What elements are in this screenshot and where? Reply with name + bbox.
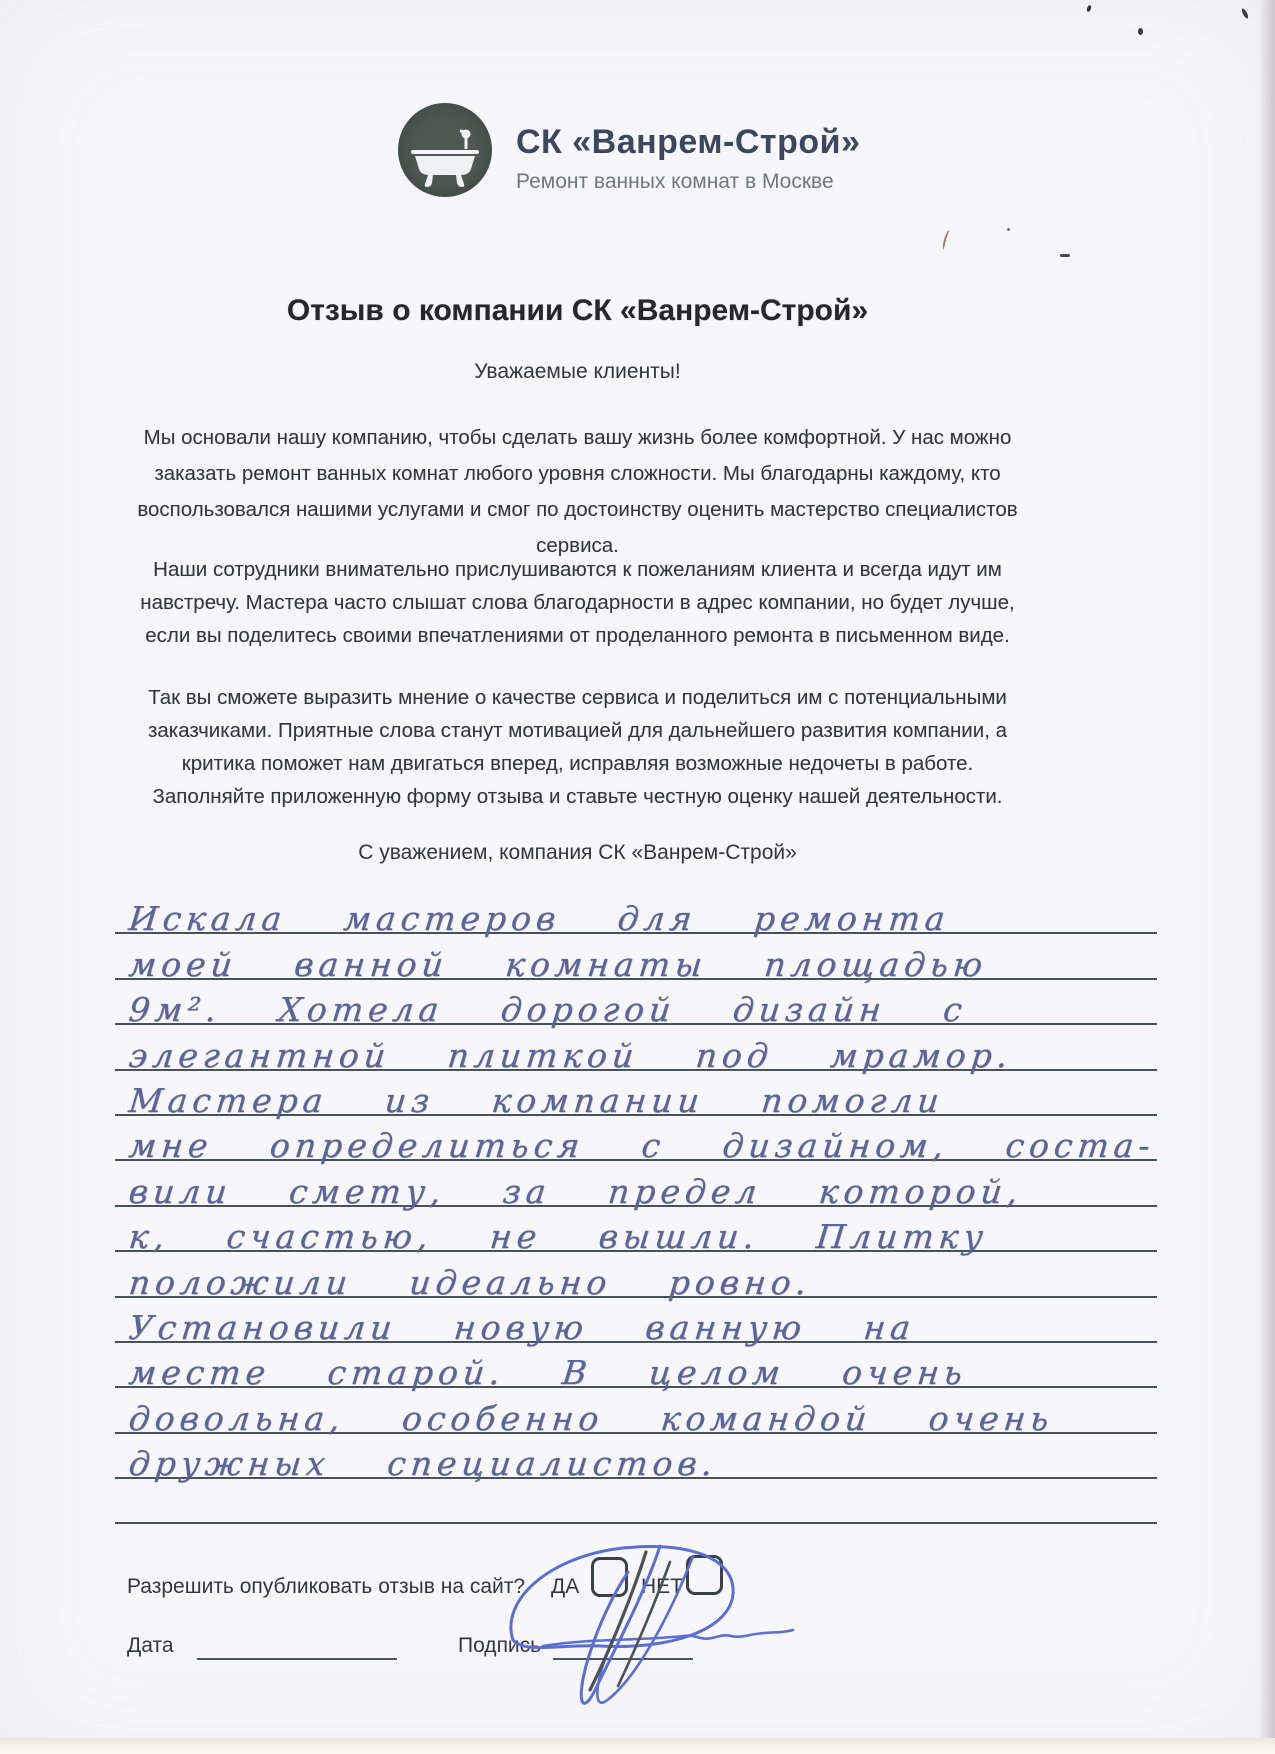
consent-yes-label: ДА [551,1575,579,1599]
intro-paragraph-1: Мы основали нашу компанию, чтобы сделать… [125,420,1030,564]
review-ruled-line: моей ванной комнаты площадью [115,934,1157,979]
review-line-text: 9м². Хотела дорогой дизайн с [127,990,969,1029]
scan-speck [1007,228,1010,231]
review-ruled-line: 9м². Хотела дорогой дизайн с [115,980,1157,1025]
consent-no-checkbox[interactable] [686,1555,723,1595]
signoff-line: С уважением, компания СК «Ванрем-Строй» [125,841,1030,865]
review-ruled-line: Установили новую ванную на [115,1298,1157,1343]
signature-scrawl [488,1538,808,1710]
company-name: СК «Ванрем-Строй» [516,123,860,162]
page-title: Отзыв о компании СК «Ванрем-Строй» [125,294,1030,328]
review-ruled-line [115,1479,1157,1524]
scanned-review-form: СК «Ванрем-Строй» Ремонт ванных комнат в… [0,0,1275,1754]
bathtub-icon [398,103,492,197]
review-line-text: довольна, особенно командой очень [127,1399,1056,1438]
review-ruled-line: положили идеально ровно. [115,1252,1157,1297]
date-field-line[interactable] [197,1658,397,1660]
scan-speck [1086,5,1092,13]
review-line-text: Искала мастеров для ремонта [127,899,952,938]
review-ruled-line: элегантной плиткой под мрамор. [115,1025,1157,1070]
review-line-text: положили идеально ровно. [127,1263,813,1302]
review-line-text: Установили новую ванную на [127,1308,917,1347]
review-ruled-line: Искала мастеров для ремонта [115,889,1157,934]
review-ruled-line: вили смету, за предел которой, [115,1161,1157,1206]
handwritten-review: Искала мастеров для ремонта моей ванной … [115,889,1157,1524]
intro-paragraph-2: Наши сотрудники внимательно прислушивают… [125,553,1030,652]
review-line-text: к, счастью, не вышли. Плитку [127,1217,990,1256]
review-line-text: Мастера из компании помогли [127,1081,946,1120]
scan-bottom-edge [0,1738,1275,1754]
signature-field-line[interactable] [553,1658,693,1660]
consent-yes-checkbox[interactable] [591,1557,628,1597]
consent-question: Разрешить опубликовать отзыв на сайт? [127,1575,525,1599]
scan-speck [1138,28,1143,35]
scan-speck [1060,254,1070,257]
scan-ink-smudge [941,230,952,251]
intro-paragraph-3: Так вы сможете выразить мнение о качеств… [125,681,1030,813]
review-ruled-line: к, счастью, не вышли. Плитку [115,1207,1157,1252]
logo-circle [398,103,492,197]
review-ruled-line: месте старой. В целом очень [115,1343,1157,1388]
review-line-text: вили смету, за предел которой, [127,1172,1025,1211]
logo-text-block: СК «Ванрем-Строй» Ремонт ванных комнат в… [516,103,860,194]
signature-label: Подпись [458,1634,541,1658]
company-tagline: Ремонт ванных комнат в Москве [516,170,860,194]
date-label: Дата [127,1634,174,1658]
review-line-text: моей ванной комнаты площадью [127,945,989,984]
review-line-text: элегантной плиткой под мрамор. [127,1036,1015,1075]
consent-no-label: НЕТ [641,1575,683,1599]
review-ruled-line: мне определиться с дизайном, соста- [115,1116,1157,1161]
review-ruled-line: дружных специалистов. [115,1434,1157,1479]
review-line-text: дружных специалистов. [127,1444,719,1483]
review-line-text: мне определиться с дизайном, соста- [127,1126,1157,1165]
scan-speck [1241,8,1250,20]
review-line-text: месте старой. В целом очень [127,1353,969,1392]
scan-edge-shadow [1259,0,1275,1754]
greeting-line: Уважаемые клиенты! [125,360,1030,384]
review-ruled-line: Мастера из компании помогли [115,1071,1157,1116]
company-logo: СК «Ванрем-Строй» Ремонт ванных комнат в… [398,103,860,197]
review-ruled-line: довольна, особенно командой очень [115,1388,1157,1433]
